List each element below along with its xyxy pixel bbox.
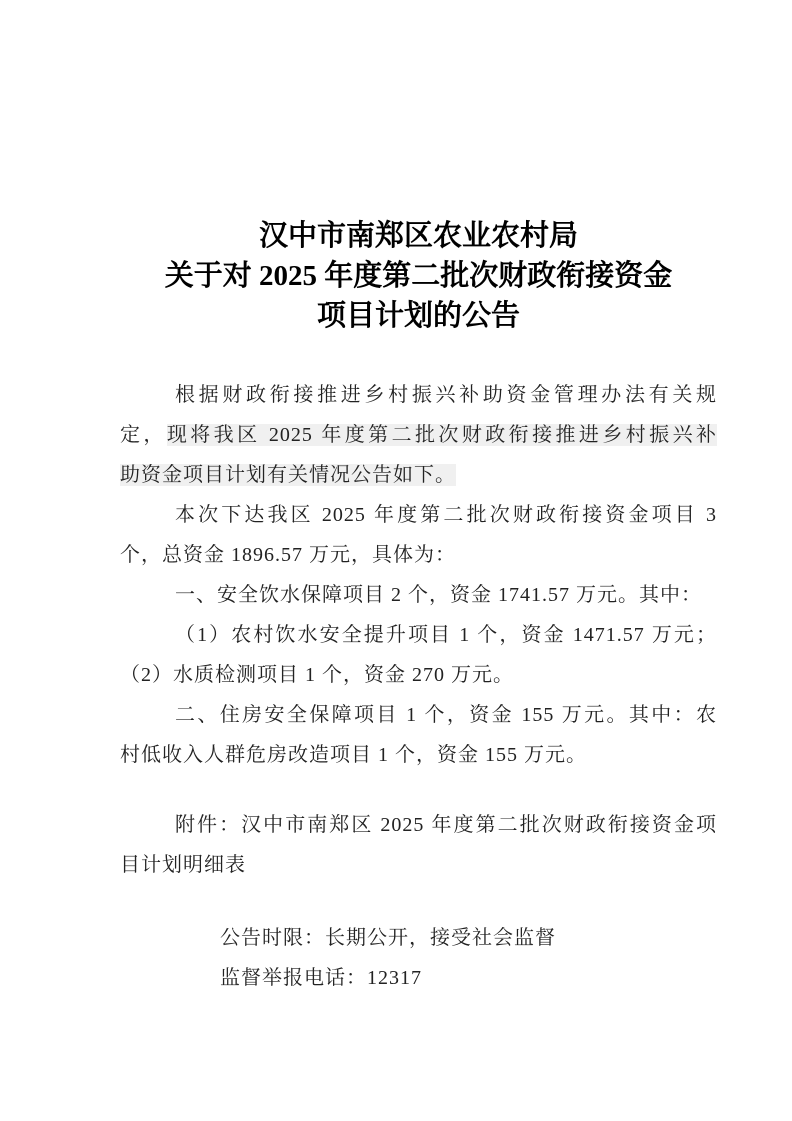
paragraph-item-2: 二、住房安全保障项目 1 个，资金 155 万元。其中：农村低收入人群危房改造项… [120, 695, 717, 775]
paragraph-intro: 根据财政衔接推进乡村振兴补助资金管理办法有关规定，现将我区 2025 年度第二批… [120, 375, 717, 495]
text-line: 个，总资金 1896.57 万元，具体为： [120, 535, 717, 575]
title-line-2: 关于对 2025 年度第二批次财政衔接资金 [120, 256, 717, 296]
text-line: 二、住房安全保障项目 1 个，资金 155 万元。其中：农 [120, 695, 717, 735]
text-segment: 村低收入人群危房改造项目 1 个，资金 155 万元。 [120, 744, 587, 766]
paragraph-item-1-details: （1）农村饮水安全提升项目 1 个，资金 1471.57 万元；（2）水质检测项… [120, 615, 717, 695]
text-segment: （2）水质检测项目 1 个，资金 270 万元。 [120, 664, 514, 686]
highlighted-text: 现将我区 2025 年度第二批次财政衔接推进乡村振兴补 [167, 424, 717, 446]
text-line: 一、安全饮水保障项目 2 个，资金 1741.57 万元。其中： [120, 575, 717, 615]
document-title: 汉中市南郑区农业农村局 关于对 2025 年度第二批次财政衔接资金 项目计划的公… [120, 216, 717, 336]
text-line: 村低收入人群危房改造项目 1 个，资金 155 万元。 [120, 735, 717, 775]
paragraph-total: 本次下达我区 2025 年度第二批次财政衔接资金项目 3个，总资金 1896.5… [120, 495, 717, 575]
notice-period-line: 公告时限：长期公开，接受社会监督 [120, 918, 717, 958]
text-segment: 目计划明细表 [120, 854, 246, 876]
text-line: 定，现将我区 2025 年度第二批次财政衔接推进乡村振兴补 [120, 415, 717, 455]
document-page: 汉中市南郑区农业农村局 关于对 2025 年度第二批次财政衔接资金 项目计划的公… [0, 0, 792, 1121]
text-segment: 附件：汉中市南郑区 2025 年度第二批次财政衔接资金项 [175, 814, 717, 836]
title-line-1: 汉中市南郑区农业农村局 [120, 216, 717, 256]
text-segment: 本次下达我区 2025 年度第二批次财政衔接资金项目 3 [175, 504, 717, 526]
text-line: 根据财政衔接推进乡村振兴补助资金管理办法有关规 [120, 375, 717, 415]
text-segment: 定， [120, 424, 167, 446]
text-line: 助资金项目计划有关情况公告如下。 [120, 455, 717, 495]
title-line-3: 项目计划的公告 [120, 296, 717, 336]
text-line: 目计划明细表 [120, 845, 717, 885]
report-hotline-line: 监督举报电话：12317 [120, 958, 717, 998]
text-line: 本次下达我区 2025 年度第二批次财政衔接资金项目 3 [120, 495, 717, 535]
document-body: 根据财政衔接推进乡村振兴补助资金管理办法有关规定，现将我区 2025 年度第二批… [120, 375, 717, 885]
text-segment: 二、住房安全保障项目 1 个，资金 155 万元。其中：农 [175, 704, 717, 726]
text-segment: 一、安全饮水保障项目 2 个，资金 1741.57 万元。其中： [175, 584, 702, 606]
paragraph-attachment: 附件：汉中市南郑区 2025 年度第二批次财政衔接资金项目计划明细表 [120, 805, 717, 885]
text-segment: （1）农村饮水安全提升项目 1 个，资金 1471.57 万元； [175, 624, 717, 646]
text-line: 附件：汉中市南郑区 2025 年度第二批次财政衔接资金项 [120, 805, 717, 845]
paragraph-item-1: 一、安全饮水保障项目 2 个，资金 1741.57 万元。其中： [120, 575, 717, 615]
text-segment: 个，总资金 1896.57 万元，具体为： [120, 544, 456, 566]
document-content: 汉中市南郑区农业农村局 关于对 2025 年度第二批次财政衔接资金 项目计划的公… [120, 216, 717, 998]
text-line: （1）农村饮水安全提升项目 1 个，资金 1471.57 万元； [120, 615, 717, 655]
highlighted-text: 助资金项目计划有关情况公告如下。 [120, 464, 456, 486]
document-footer: 公告时限：长期公开，接受社会监督 监督举报电话：12317 [120, 918, 717, 998]
text-line: （2）水质检测项目 1 个，资金 270 万元。 [120, 655, 717, 695]
text-segment: 根据财政衔接推进乡村振兴补助资金管理办法有关规 [175, 384, 717, 406]
